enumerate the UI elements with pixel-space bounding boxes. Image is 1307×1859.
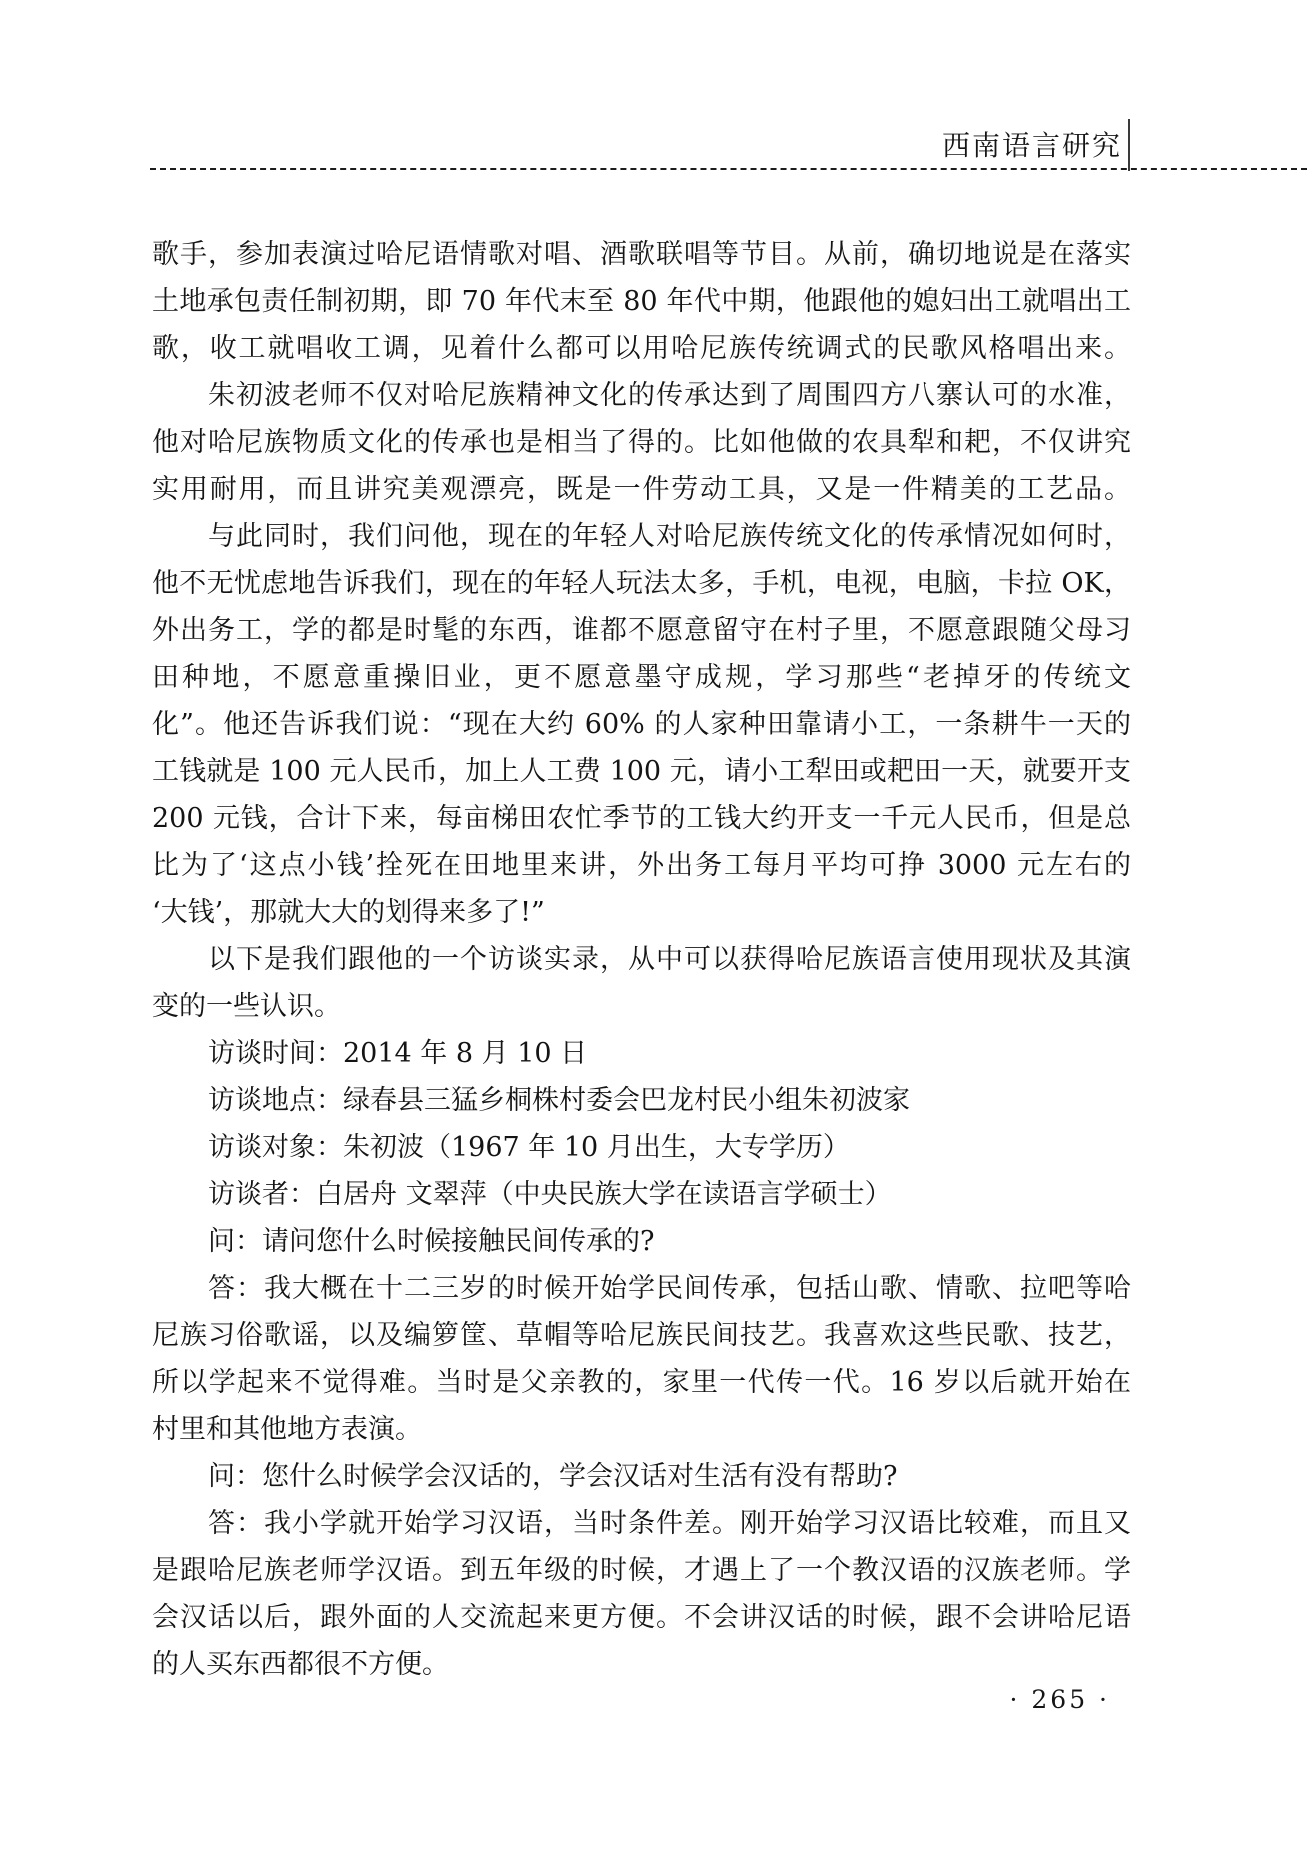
text-line-interview-place: 访谈地点：绿春县三猛乡桐株村委会巴龙村民小组朱初波家 [152, 1077, 1131, 1124]
text-line-answer: 答：我大概在十二三岁的时候开始学民间传承，包括山歌、情歌、拉吧等哈 [152, 1265, 1131, 1312]
text-line: 土地承包责任制初期，即 70 年代末至 80 年代中期，他跟他的媳妇出工就唱出工 [152, 278, 1131, 325]
text-line-question: 问：您什么时候学会汉话的，学会汉话对生活有没有帮助? [152, 1453, 1131, 1500]
text-line: 他不无忧虑地告诉我们，现在的年轻人玩法太多，手机，电视，电脑，卡拉 OK， [152, 560, 1131, 607]
header-divider-bar [1128, 119, 1130, 171]
text-line-interview-time: 访谈时间：2014 年 8 月 10 日 [152, 1030, 1131, 1077]
text-line: 以下是我们跟他的一个访谈实录，从中可以获得哈尼族语言使用现状及其演 [152, 936, 1131, 983]
text-line: 比为了‘这点小钱’拴死在田地里来讲，外出务工每月平均可挣 3000 元左右的 [152, 842, 1131, 889]
text-line: 实用耐用，而且讲究美观漂亮，既是一件劳动工具，又是一件精美的工艺品。 [152, 466, 1131, 513]
text-line: 会汉话以后，跟外面的人交流起来更方便。不会讲汉话的时候，跟不会讲哈尼语 [152, 1594, 1131, 1641]
text-line: 与此同时，我们问他，现在的年轻人对哈尼族传统文化的传承情况如何时， [152, 513, 1131, 560]
text-line: 外出务工，学的都是时髦的东西，谁都不愿意留守在村子里，不愿意跟随父母习 [152, 607, 1131, 654]
page-number: · 265 · [1009, 1684, 1110, 1716]
book-page: 西南语言研究 歌手，参加表演过哈尼语情歌对唱、酒歌联唱等节目。从前，确切地说是在… [0, 0, 1307, 1859]
text-line: 尼族习俗歌谣，以及编箩筐、草帽等哈尼族民间技艺。我喜欢这些民歌、技艺， [152, 1312, 1131, 1359]
text-line: 朱初波老师不仅对哈尼族精神文化的传承达到了周围四方八寨认可的水准， [152, 372, 1131, 419]
text-line-interviewers: 访谈者：白居舟 文翠萍（中央民族大学在读语言学硕士） [152, 1171, 1131, 1218]
text-line-answer: 答：我小学就开始学习汉语，当时条件差。刚开始学习汉语比较难，而且又 [152, 1500, 1131, 1547]
running-head-title: 西南语言研究 [942, 126, 1122, 166]
text-line: 歌，收工就唱收工调，见着什么都可以用哈尼族传统调式的民歌风格唱出来。 [152, 325, 1131, 372]
text-line: 村里和其他地方表演。 [152, 1406, 1131, 1453]
text-line: 变的一些认识。 [152, 983, 1131, 1030]
text-line-question: 问：请问您什么时候接触民间传承的? [152, 1218, 1131, 1265]
text-line: 歌手，参加表演过哈尼语情歌对唱、酒歌联唱等节目。从前，确切地说是在落实 [152, 231, 1131, 278]
text-line: 200 元钱，合计下来，每亩梯田农忙季节的工钱大约开支一千元人民币，但是总 [152, 795, 1131, 842]
text-line-interview-subject: 访谈对象：朱初波（1967 年 10 月出生，大专学历） [152, 1124, 1131, 1171]
text-line: 的人买东西都很不方便。 [152, 1641, 1131, 1688]
text-line: ‘大钱’，那就大大的划得来多了!” [152, 889, 1131, 936]
text-line: 他对哈尼族物质文化的传承也是相当了得的。比如他做的农具犁和耙，不仅讲究 [152, 419, 1131, 466]
body-text: 歌手，参加表演过哈尼语情歌对唱、酒歌联唱等节目。从前，确切地说是在落实 土地承包… [152, 231, 1131, 1688]
header-dashed-rule [150, 168, 1307, 170]
text-line: 工钱就是 100 元人民币，加上人工费 100 元，请小工犁田或耙田一天，就要开… [152, 748, 1131, 795]
text-line: 是跟哈尼族老师学汉语。到五年级的时候，才遇上了一个教汉语的汉族老师。学 [152, 1547, 1131, 1594]
text-line: 田种地，不愿意重操旧业，更不愿意墨守成规，学习那些“老掉牙的传统文 [152, 654, 1131, 701]
text-line: 化”。他还告诉我们说：“现在大约 60% 的人家种田靠请小工，一条耕牛一天的 [152, 701, 1131, 748]
text-line: 所以学起来不觉得难。当时是父亲教的，家里一代传一代。16 岁以后就开始在 [152, 1359, 1131, 1406]
